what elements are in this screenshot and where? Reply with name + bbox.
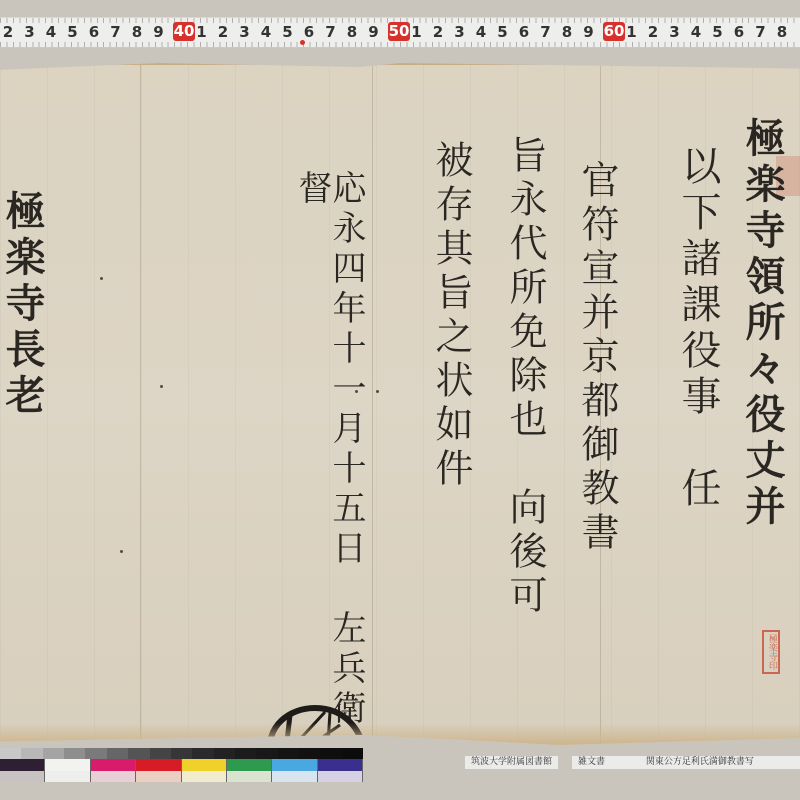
calligraphy-column-1: 極楽寺領所々役丈并 xyxy=(742,117,782,531)
color-patch xyxy=(43,748,64,759)
color-patch xyxy=(235,748,256,759)
color-patch xyxy=(192,748,213,759)
addressee-column: 極楽寺長老 xyxy=(2,190,42,420)
ruler-number: 3 xyxy=(238,23,252,41)
measuring-ruler: 2345678940123456789501234567896012345678 xyxy=(0,17,800,48)
color-patch xyxy=(136,771,181,782)
document-title-label: 関東公方足利氏満御教書写 xyxy=(646,757,754,767)
color-patch xyxy=(299,748,320,759)
calligraphy-column-5: 被存其旨之状如件 xyxy=(432,140,470,492)
color-patch xyxy=(256,748,277,759)
ruler-number: 5 xyxy=(496,23,510,41)
color-patch xyxy=(318,759,363,771)
color-patch xyxy=(272,771,317,782)
ruler-number: 2 xyxy=(1,23,15,41)
color-calibration-chart xyxy=(0,748,363,785)
ruler-number: 60 xyxy=(603,22,625,41)
ruler-number: 6 xyxy=(87,23,101,41)
color-patch xyxy=(45,771,90,782)
ruler-number: 3 xyxy=(453,23,467,41)
ruler-number: 5 xyxy=(711,23,725,41)
color-patch xyxy=(182,771,227,782)
color-patch xyxy=(214,748,235,759)
color-patch xyxy=(182,759,227,771)
ruler-number: 6 xyxy=(732,23,746,41)
ruler-number: 1 xyxy=(625,23,639,41)
color-patch xyxy=(21,748,42,759)
color-patch xyxy=(278,748,299,759)
color-patch xyxy=(91,759,136,771)
color-patch xyxy=(171,748,192,759)
color-patch xyxy=(128,748,149,759)
ruler-number: 8 xyxy=(775,23,789,41)
ruler-number: 7 xyxy=(539,23,553,41)
paper-fold-line xyxy=(140,65,141,745)
color-patch xyxy=(272,759,317,771)
color-patch xyxy=(227,759,272,771)
paper-fold-line xyxy=(372,65,373,745)
ruler-number: 8 xyxy=(130,23,144,41)
ruler-number: 4 xyxy=(474,23,488,41)
color-patch xyxy=(150,748,171,759)
color-patch xyxy=(136,759,181,771)
ruler-number: 50 xyxy=(388,22,410,41)
color-patch xyxy=(0,771,45,782)
color-patch xyxy=(320,748,341,759)
ruler-number: 6 xyxy=(517,23,531,41)
color-patch xyxy=(64,748,85,759)
ruler-number: 7 xyxy=(109,23,123,41)
color-patch xyxy=(91,771,136,782)
grayscale-strip xyxy=(0,748,363,759)
color-patch xyxy=(85,748,106,759)
paper-speck xyxy=(160,385,163,388)
color-patch xyxy=(227,771,272,782)
pale-patch-strip xyxy=(0,771,363,782)
color-patch xyxy=(342,748,363,759)
ruler-number: 8 xyxy=(560,23,574,41)
color-patch xyxy=(0,748,21,759)
ruler-number: 40 xyxy=(173,22,195,41)
manuscript-paper: 極楽寺領所々役丈并 以下諸課役事 任 官符宣并京都御教書 旨永代所免除也 向後可… xyxy=(0,63,800,745)
paper-speck xyxy=(376,390,379,393)
date-signature-column: 応永四年十一月十五日 左兵衛督 xyxy=(295,170,363,745)
ruler-number: 1 xyxy=(410,23,424,41)
ruler-number: 5 xyxy=(66,23,80,41)
calligraphy-column-3: 官符宣并京都御教書 xyxy=(578,160,616,556)
calligraphy-column-2: 以下諸課役事 任 xyxy=(678,145,718,513)
ruler-number: 3 xyxy=(23,23,37,41)
ruler-number: 5 xyxy=(281,23,295,41)
ruler-number: 9 xyxy=(152,23,166,41)
color-patch xyxy=(318,771,363,782)
ruler-number: 2 xyxy=(216,23,230,41)
ruler-number: 7 xyxy=(324,23,338,41)
ruler-number: 2 xyxy=(431,23,445,41)
paper-speck xyxy=(120,550,123,553)
category-label: 雑文書 xyxy=(578,757,605,767)
document-info-label: 雑文書 関東公方足利氏満御教書写 xyxy=(572,756,800,769)
color-patch xyxy=(45,759,90,771)
ruler-number: 1 xyxy=(195,23,209,41)
ruler-number: 4 xyxy=(259,23,273,41)
calligraphy-column-4: 旨永代所免除也 向後可 xyxy=(506,135,544,619)
ruler-number: 4 xyxy=(689,23,703,41)
color-patch-strip xyxy=(0,759,363,771)
library-label: 筑波大学附属図書館 xyxy=(465,756,558,769)
ruler-center-mark-icon xyxy=(300,40,305,45)
red-seal-stamp: 極楽寺印 xyxy=(762,630,780,674)
ruler-number: 9 xyxy=(582,23,596,41)
ruler-number: 2 xyxy=(646,23,660,41)
color-patch xyxy=(0,759,45,771)
ruler-number: 3 xyxy=(668,23,682,41)
color-patch xyxy=(107,748,128,759)
ruler-number: 9 xyxy=(367,23,381,41)
ruler-number: 4 xyxy=(44,23,58,41)
ruler-number: 8 xyxy=(345,23,359,41)
paper-speck xyxy=(355,390,358,393)
paper-speck xyxy=(100,277,103,280)
ruler-number: 6 xyxy=(302,23,316,41)
ruler-number: 7 xyxy=(754,23,768,41)
